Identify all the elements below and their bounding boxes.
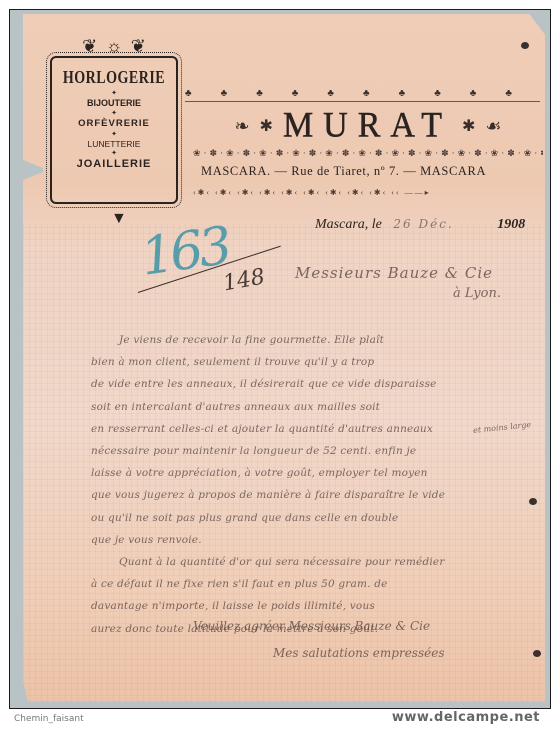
dateline: Mascara, le 26 Déc. 1908 — [315, 217, 525, 233]
trade-horlogerie: HORLOGERIE — [50, 70, 178, 88]
pendant-drop-icon: ▼ — [111, 210, 127, 228]
trade-bijouterie: BIJOUTERIE — [50, 99, 178, 108]
dateline-place: Mascara, le — [315, 217, 382, 232]
letter-line: à ce défaut il ne fixe rien s'il faut en… — [91, 573, 560, 595]
trades-list: HORLOGERIE ✦ BIJOUTERIE ✦ ORFÈVRERIE ✦ L… — [50, 72, 178, 170]
letter-paper: ❦ ☼ ❦ HORLOGERIE ✦ BIJOUTERIE ✦ ORFÈVRER… — [23, 14, 545, 702]
bullet-icon: ✦ — [50, 131, 178, 138]
letter-line: bien à mon client, seulement il trouve q… — [91, 351, 560, 373]
closing-line-1: Veuillez agréer Messieurs Bauze & Cie — [193, 619, 430, 633]
paper-hole-top — [521, 42, 529, 49]
dateline-year: 1908 — [497, 217, 525, 232]
letter-line: ou qu'il ne soit pas plus grand que dans… — [91, 507, 560, 529]
paper-hole-bottom — [533, 650, 541, 657]
trade-joaillerie: JOAILLERIE — [50, 159, 178, 170]
dateline-day-month: 26 Déc. — [393, 217, 453, 231]
bullet-icon: ✦ — [50, 150, 178, 157]
recipient-city: à Lyon. — [453, 286, 501, 301]
trade-lunetterie: LUNETTERIE — [50, 140, 178, 149]
letter-line: de vide entre les anneaux, il désirerait… — [91, 373, 560, 395]
letter-line: nécessaire pour maintenir la longueur de… — [91, 440, 560, 462]
ornamental-border-bottom: ‹✱‹ ‹✱‹ ‹✱‹ ‹✱‹ ‹✱‹ ‹✱‹ ‹✱‹ ‹✱‹ ‹✱‹ ‹‹ —… — [193, 188, 493, 196]
brand-row: ❧ ✱ MURAT ✱ ☙ — [198, 106, 538, 146]
bullet-icon: ✦ — [50, 90, 178, 97]
recipient-name: Messieurs Bauze & Cie — [295, 264, 493, 282]
paper-tear — [23, 160, 43, 180]
flourish-right-icon: ☙ — [485, 116, 501, 137]
ornamental-border-middle: ❀·✽·❀·✽·❀·✽·❀·✽·❀·✽·❀·✽·❀·✽·❀·✽·❀·✽·❀·✽·… — [193, 148, 543, 158]
brand-name: MURAT — [283, 106, 452, 146]
closing-line-2: Mes salutations empressées — [273, 646, 444, 660]
letter-line: Je viens de recevoir la fine gourmette. … — [91, 329, 560, 351]
letter-line: que je vous renvoie. — [91, 529, 560, 551]
trade-orfevrerie: ORFÈVRERIE — [50, 119, 178, 129]
letter-line: que vous jugerez à propos de manière à f… — [91, 484, 560, 506]
asterisk-icon: ✱ — [260, 116, 273, 136]
bullet-icon: ✦ — [50, 110, 178, 117]
seller-name: Chemin_faisant — [14, 714, 84, 724]
asterisk-icon: ✱ — [462, 116, 475, 136]
scan-frame: ❦ ☼ ❦ HORLOGERIE ✦ BIJOUTERIE ✦ ORFÈVRER… — [9, 9, 551, 709]
ornamental-border-top: ♣ ⁀ ♣ ⁀ ♣ ⁀ ♣ ⁀ ♣ ⁀ ♣ ⁀ ♣ ⁀ ♣ ⁀ ♣ ⁀ ♣ ⁀ … — [185, 88, 540, 102]
business-address: MASCARA. — Rue de Tiaret, nº 7. — MASCAR… — [201, 164, 546, 179]
site-watermark: www.delcampe.net — [392, 710, 540, 725]
flourish-left-icon: ❧ — [234, 116, 249, 137]
letter-line: laisse à votre appréciation, à votre goû… — [91, 462, 560, 484]
letter-line: davantage n'importe, il laisse le poids … — [91, 595, 560, 617]
letter-body: Je viens de recevoir la fine gourmette. … — [91, 329, 560, 640]
letter-line: Quant à la quantité d'or qui sera nécess… — [91, 551, 560, 573]
letter-line: soit en intercalant d'autres anneaux aux… — [91, 396, 560, 418]
